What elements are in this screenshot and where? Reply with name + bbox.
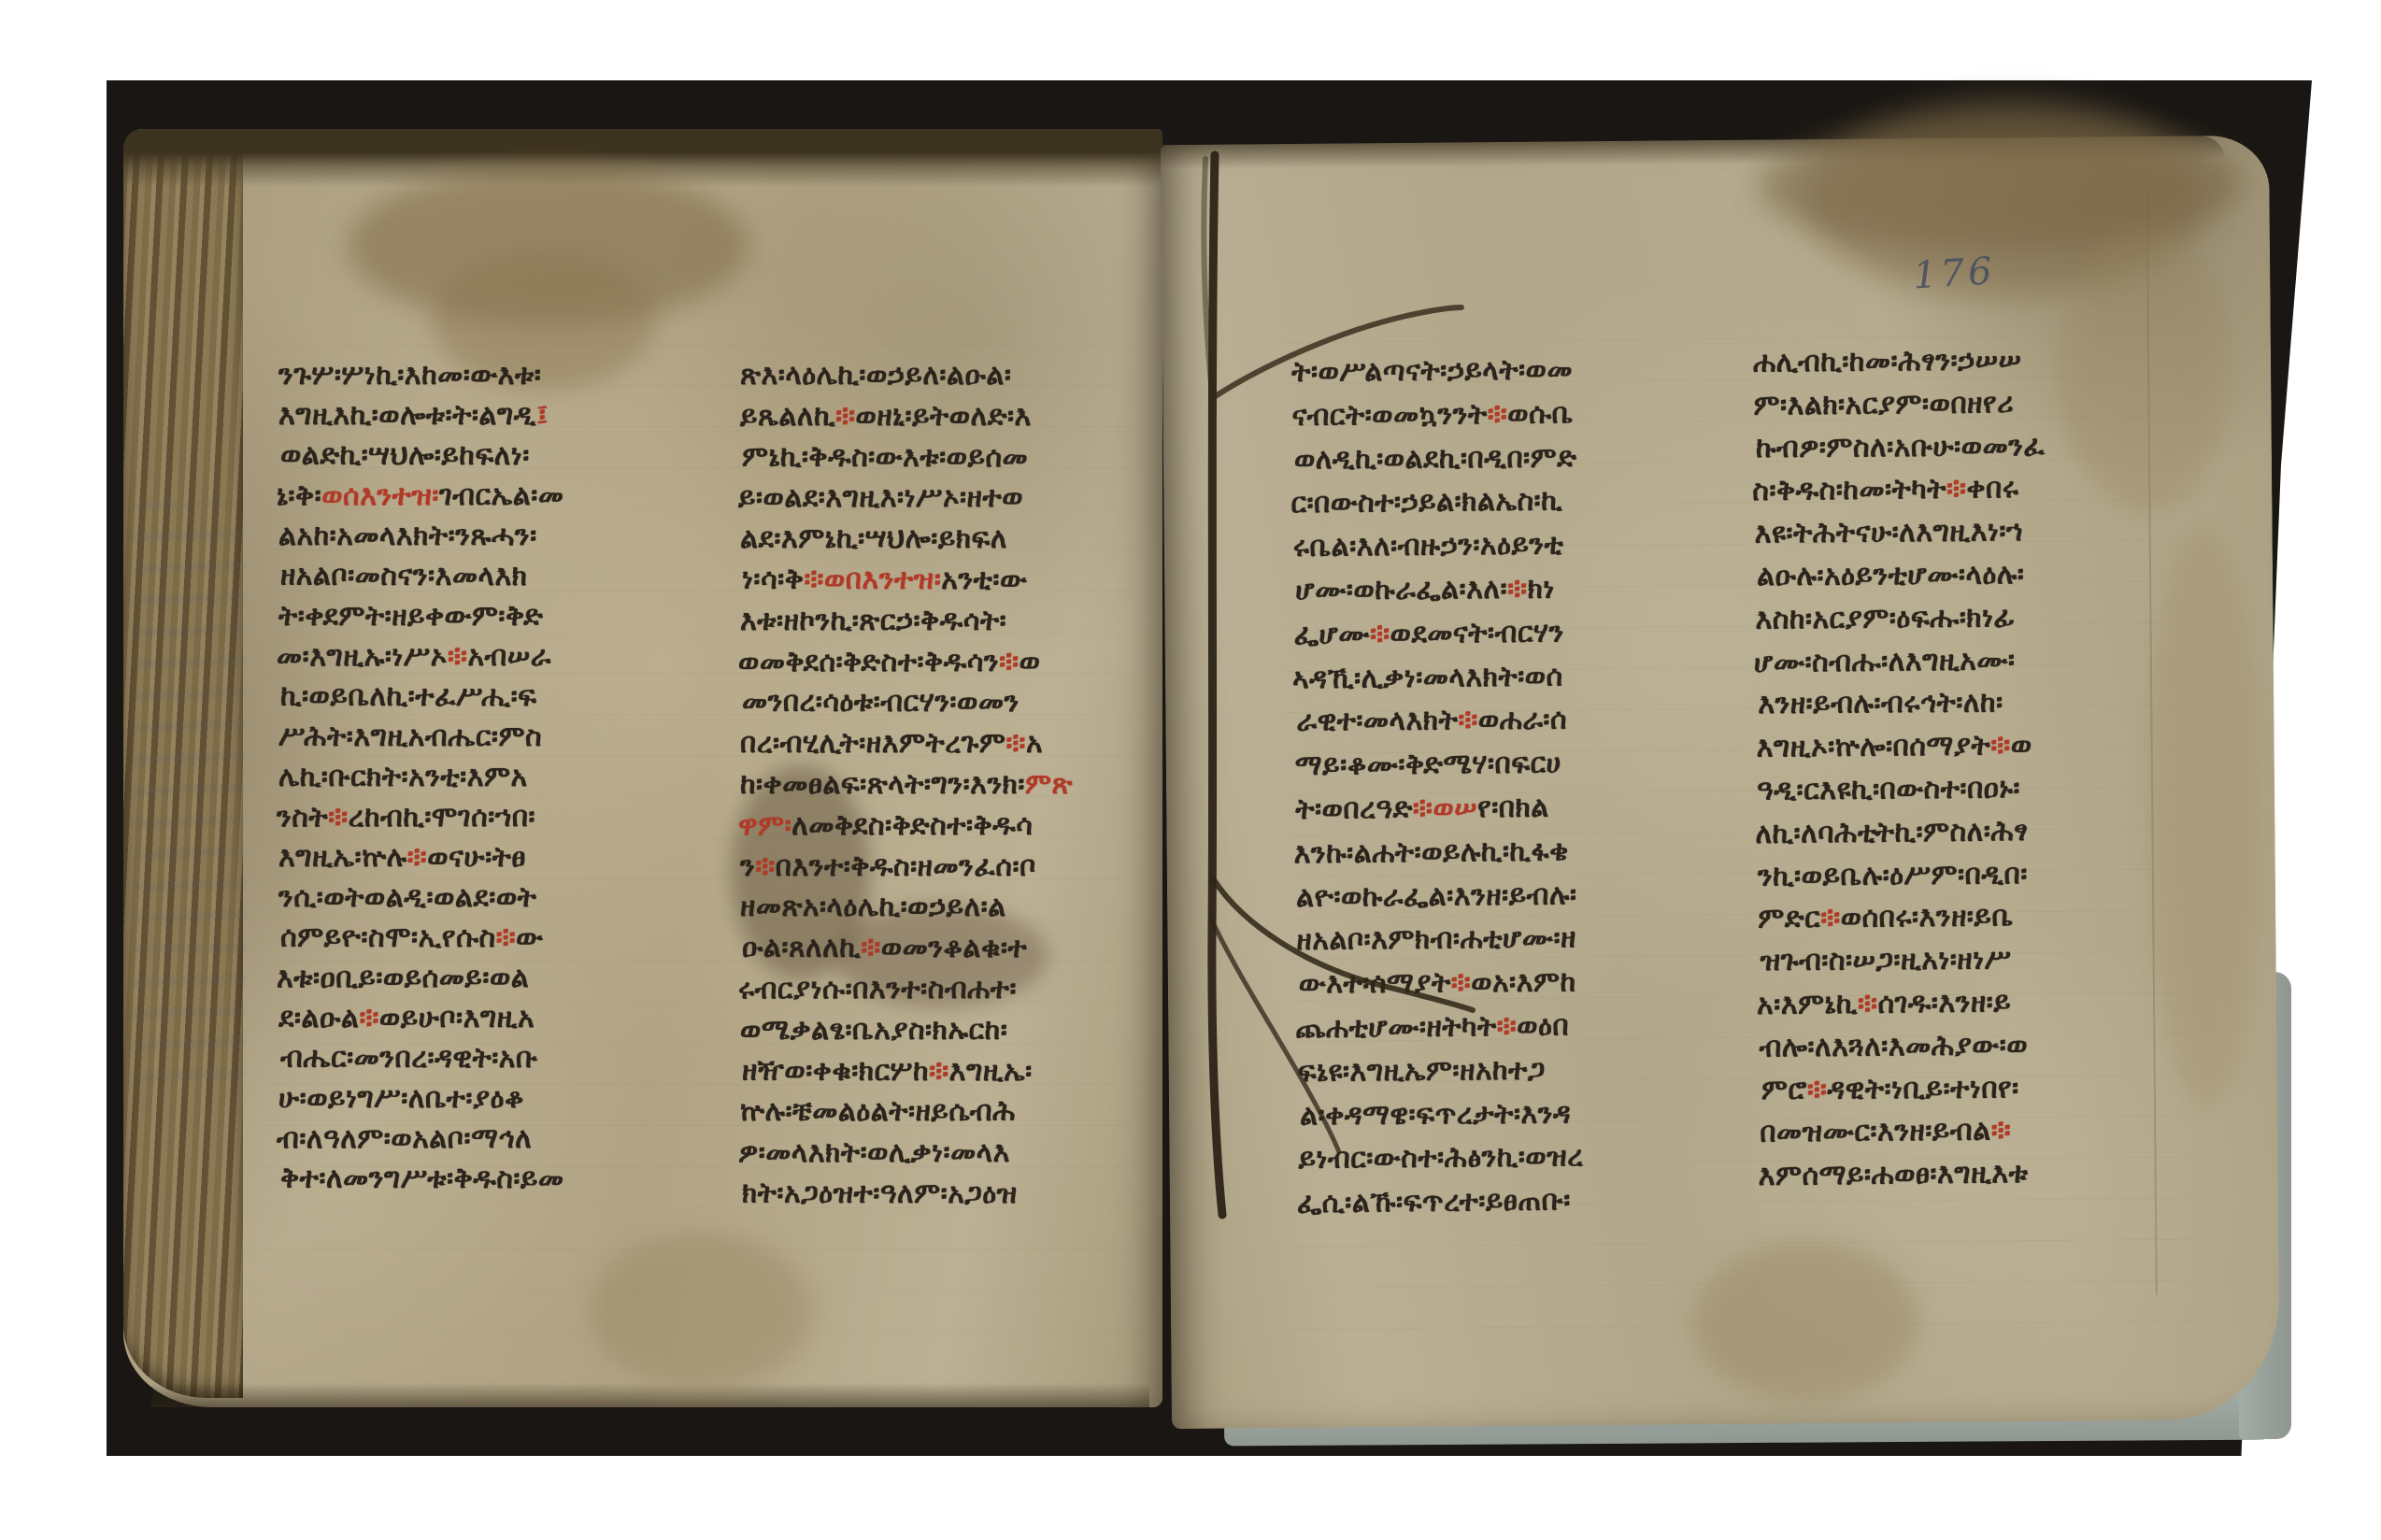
ink-text: ልዮ፡ወኩራፌል፡እንዘ፡ይብሉ፡ — [1296, 878, 1577, 914]
ink-text: ሌኪ፡ቡርክት፡አንቲ፡እምአ — [278, 761, 528, 793]
ink-text: ወዘኒ፡ይትወለድ፡እ — [856, 400, 1032, 433]
text-line: ራዊተ፡መላእክት፨ወሐራ፡ሰ — [1296, 698, 1718, 745]
text-line: ቅተ፡ለመንግሥቱ፡ቅዱስ፡ይመ — [280, 1159, 703, 1200]
ink-text: ከ፡ቀመፀልፍ፡ጽላት፡ግን፡እንክ፡ — [740, 768, 1025, 801]
rubric-text: ፨ — [1990, 729, 2011, 762]
ink-text: እግዚኤ፡ — [949, 1055, 1033, 1088]
text-line: ፍኔዩ፡እግዚኤም፡ዘአከተጋ — [1297, 1048, 1719, 1095]
text-line: ወመቅደሰ፡ቅድስተ፡ቅዱሳን፨ወ — [738, 641, 1161, 683]
ink-text: ት፡ወበረዓድ — [1295, 792, 1413, 826]
ink-text: ሐሊብኪ፡ከመ፡ሕፃን፡ኃሠሠ — [1753, 344, 2022, 379]
text-line: ሆሙ፡ወኩራፌል፡እለ፡፨ክነ — [1295, 566, 1718, 613]
rubric-text: ፨ — [1496, 1010, 1517, 1043]
ink-text: ፍኔዩ፡እግዚኤም፡ዘአከተጋ — [1298, 1053, 1546, 1088]
text-line: ን፨በእንተ፡ቅዱስ፡ዘመንፈሰ፡ቦ — [740, 847, 1162, 888]
folio-number: 176 — [1912, 250, 1997, 297]
text-line: ጽእ፡ላዕሌኪ፡ወኃይለ፡ልዑል፡ — [740, 355, 1162, 396]
ink-text: ወሜቃልፄ፡ቤአያስ፡ክኡርከ፡ — [740, 1014, 1007, 1047]
text-line: ሩቤል፡እለ፡ብዙኃን፡አዕይንቲ — [1293, 522, 1716, 570]
rubric-text: ፨ — [1507, 573, 1528, 606]
ink-text: ዘአልቦ፡እምክብ፡ሐቲሆሙ፡ዘ — [1296, 922, 1576, 958]
rubric-text: ፨ — [1487, 398, 1507, 431]
text-line: ብሔር፡መንበረ፡ዳዊት፡አቡ — [280, 1038, 703, 1079]
text-line: ሐሊብኪ፡ከመ፡ሕፃን፡ኃሠሠ — [1753, 338, 2175, 385]
ink-text: ኪ፡ወይቤለኪ፡ተፈሥሒ፡ፍ — [280, 680, 537, 714]
text-line: ዘመጽአ፡ላዕሌኪ፡ወኃይለ፡ል — [740, 887, 1162, 928]
text-line: ኵሉ፡ቼመልዕልት፡ዘይሴብሕ — [740, 1091, 1162, 1133]
text-line: ዘአልቦ፡መስናን፡እመላእክ — [280, 556, 703, 597]
ink-text: መ፡እግዚኡ፡ነሥኦ — [277, 640, 448, 673]
page-right: 176 ት፡ወሥልጣናት፡ኃይላት፡ወመናብርት፡ወመኳንንት፨ወሱቤወለዲኪ፡… — [1161, 135, 2280, 1429]
rubric-text: ፨ — [999, 645, 1019, 677]
text-line: እምሰማይ፡ሐወፀ፡እግዚእቱ — [1758, 1150, 2180, 1198]
text-line: ል፡ቀዳማዌ፡ፍጥረታት፡እንዳ — [1300, 1091, 1722, 1138]
ink-text: ስ፡ቅዱስ፡ከመ፡ትካት — [1752, 473, 1946, 507]
text-line: ይነብር፡ውስተ፡ሕፅንኪ፡ወዝረ — [1298, 1134, 1720, 1182]
ink-text: ምሮ — [1761, 1073, 1807, 1105]
rubric-text: ፨ — [1458, 705, 1478, 737]
text-line: ብ፡ለዓለም፡ወአልቦ፡ማኅለ — [277, 1119, 699, 1160]
ink-text: እንኩ፡ልሐት፡ወይሉኪ፡ኪፋቄ — [1293, 834, 1568, 870]
rubric-text: ፨ — [1451, 966, 1472, 999]
text-line: እዩ፡ትሕትናሁ፡ለእግዚእነ፡ኀ — [1754, 509, 2176, 556]
ink-text: እምሰማይ፡ሐወፀ፡እግዚእቱ — [1758, 1157, 2028, 1192]
text-line: ልዑሉ፡አዕይንቲሆሙ፡ላዕሉ፡ — [1757, 552, 2179, 598]
text-line: ዎ፡መላእክት፡ወሊቃነ፡መላእ — [738, 1133, 1161, 1175]
rubric-text: ፨ — [1807, 1073, 1828, 1105]
text-line: መ፡እግዚኡ፡ነሥኦ፨አብሠራ — [277, 636, 699, 677]
ink-text: ዓዲ፡ርእዩኪ፡በውስተ፡በዐኑ፡ — [1757, 772, 2020, 806]
text-line: እቱ፡ዐቢይ፡ወይሰመይ፡ወል — [277, 958, 699, 999]
ink-text: ንሲ፡ወትወልዲ፡ወልደ፡ወት — [278, 881, 536, 914]
text-line: ክት፡አጋዕዝተ፡ዓለም፡አጋዕዝ — [742, 1173, 1164, 1215]
rubric-text: ፨ — [407, 841, 428, 874]
ink-text: እስከ፡አርያም፡ዕፍሑ፡ክነፊ — [1755, 601, 2015, 635]
rubric-text: ፨ — [1370, 618, 1390, 650]
ink-text: ክነ — [1528, 573, 1555, 606]
rubric-text: ፨ — [328, 801, 349, 834]
rubric-text: ፨ — [755, 850, 776, 883]
rubric-text: ፨ — [929, 1054, 949, 1087]
ink-text: ናብርት፡ወመኳንንት — [1291, 398, 1487, 433]
rubric-text: ፨ — [1946, 473, 1967, 506]
ink-text: ዘዥወ፡ቀቁ፡ክርሦከ — [742, 1054, 929, 1087]
text-column-right-1: ት፡ወሥልጣናት፡ኃይላት፡ወመናብርት፡ወመኳንንት፨ወሱቤወለዲኪ፡ወልደኪ… — [1291, 348, 1721, 1226]
text-line: መንበረ፡ሳዕቱ፡ብርሃን፡ወመን — [742, 682, 1164, 724]
ink-text: ብ፡ለዓለም፡ወአልቦ፡ማኅለ — [277, 1122, 532, 1155]
ink-text: ራዊተ፡መላእክት — [1296, 705, 1458, 738]
ink-text: ወልድኪ፡ሣህሎ፡ይከፍለነ፡ — [280, 439, 530, 473]
ink-text: አብሠራ — [467, 640, 550, 673]
ink-text: ረከብኪ፡ሞገሰ፡ኀበ፡ — [349, 801, 535, 834]
ink-text: ኵሉ፡ቼመልዕልት፡ዘይሴብሕ — [740, 1095, 1016, 1128]
text-line: ብሎ፡ለእጓለ፡እመሕያው፡ወ — [1759, 1022, 2181, 1069]
rubric-text: ፤ — [536, 399, 549, 432]
text-line: ኪ፡ወይቤለኪ፡ተፈሥሒ፡ፍ — [280, 677, 703, 718]
text-line: ልደ፡እምኔኪ፡ሣህሎ፡ይክፍለ — [740, 519, 1162, 560]
text-line: ኔ፡ቅ፡ወሰእንተዝ፡ገብርኤል፡መ — [277, 476, 699, 517]
ink-text: በረ፡ብሂሊት፡ዘእምትረጉም — [740, 727, 1005, 760]
page-bottom-edge — [151, 1383, 1149, 1407]
ink-text: ዘመጽአ፡ላዕሌኪ፡ወኃይለ፡ል — [740, 891, 1006, 923]
ink-text: ማይ፡ቆሙ፡ቅድሜሃ፡በፍርሀ — [1295, 748, 1561, 782]
ink-text: ልዑሉ፡አዕይንቲሆሙ፡ላዕሉ፡ — [1757, 558, 2025, 592]
text-line: ዝጉብ፡ስ፡ሠጋ፡ዚአነ፡ዘነሥ — [1761, 937, 2183, 983]
text-line: ት፡ወሥልጣናት፡ኃይላት፡ወመ — [1291, 348, 1714, 395]
ink-text: ምድር — [1758, 902, 1820, 935]
text-line: እቱ፡ዘኮንኪ፡ጽርኃ፡ቅዱሳት፡ — [740, 601, 1162, 642]
ink-text: ዘአልቦ፡መስናን፡እመላእክ — [280, 560, 528, 593]
ink-text: ገብርኤል፡መ — [439, 479, 564, 512]
text-line: ፌሲ፡ልኹ፡ፍጥረተ፡ይፀጠቡ፡ — [1297, 1178, 1719, 1227]
rubric-text: ፨ — [359, 1002, 379, 1034]
ink-text: እግዚኦ፡ኵሎ፡በሰማያት — [1757, 730, 1991, 764]
ink-text: ወመቅደሰ፡ቅድስተ፡ቅዱሳን — [738, 645, 999, 677]
text-line: አ፡እምኔኪ፨ሰገዱ፡እንዘ፡ይ — [1757, 979, 2179, 1027]
text-line: ጨሐቲሆሙ፡ዘትካት፨ወዕበ — [1295, 1004, 1718, 1052]
ink-text: በእንተ፡ቅዱስ፡ዘመንፈሰ፡ቦ — [776, 850, 1036, 883]
text-line: ዓዲ፡ርእዩኪ፡በውስተ፡በዐኑ፡ — [1757, 766, 2179, 813]
ink-text: አንቲ፡ው — [941, 563, 1027, 596]
text-line: ዑል፡ጸለለኪ፨ወመንቆልቁ፡ተ — [742, 928, 1164, 970]
ink-text: ልደ፡እምኔኪ፡ሣህሎ፡ይክፍለ — [740, 522, 1007, 555]
ink-text: ት፡ወሥልጣናት፡ኃይላት፡ወመ — [1291, 353, 1573, 389]
ink-text: አ፡እምኔኪ — [1757, 988, 1858, 1021]
rubric-text: ምጽ — [1025, 768, 1073, 801]
text-line: ት፡ቀደምት፡ዘይቀውም፡ቅድ — [278, 596, 701, 636]
ink-text: ይጼልለኪ — [740, 400, 835, 433]
ink-text: ዑል፡ጸለለኪ — [742, 932, 861, 964]
text-line: ም፡እልክ፡አርያም፡ወበዘየሪ — [1753, 381, 2175, 428]
text-line: እግዚእኪ፡ወሎቱ፡ት፡ልግዲ፤ — [278, 395, 701, 435]
ink-text: ወሱቤ — [1507, 397, 1574, 431]
ink-text: ለመቅደስ፡ቅድስተ፡ቅዱሳ — [791, 809, 1033, 842]
ink-text: ኔ፡ቅ፡ — [277, 479, 321, 512]
ink-text: ወደመናት፡ብርሃን — [1390, 616, 1564, 650]
ink-text: ሰገዱ፡እንዘ፡ይ — [1877, 986, 2011, 1020]
ink-text: ሆሙ፡ወኩራፌል፡እለ፡ — [1295, 573, 1507, 607]
text-line: ዘአልቦ፡እምክብ፡ሐቲሆሙ፡ዘ — [1296, 916, 1718, 963]
ink-text: እግዚእኪ፡ወሎቱ፡ት፡ልግዲ — [278, 399, 536, 432]
text-column-right-2: ሐሊብኪ፡ከመ፡ሕፃን፡ኃሠሠም፡እልክ፡አርያም፡ወበዘየሪኩብዎ፡ምስለ፡አ… — [1753, 338, 2183, 1198]
text-line: ሆሙ፡ስብሑ፡ለእግዚአሙ፡ — [1754, 637, 2176, 685]
ink-text: ነ፡ሳ፡ቅ — [742, 563, 804, 596]
ink-text: ል፡ቀዳማዌ፡ፍጥረታት፡እንዳ — [1300, 1097, 1571, 1132]
ink-text: እቱ፡ዐቢይ፡ወይሰመይ፡ወል — [277, 962, 529, 994]
ink-text: ሩብርያነሱ፡በእንተ፡ስብሐተ፡ — [738, 973, 1017, 1006]
ink-text: ጨሐቲሆሙ፡ዘትካት — [1295, 1010, 1497, 1045]
ink-text: እዩ፡ትሕትናሁ፡ለእግዚእነ፡ኀ — [1755, 515, 2024, 550]
rubric-text: ፨ — [835, 400, 856, 433]
text-line: ንስት፨ረከብኪ፡ሞገሰ፡ኀበ፡ — [277, 797, 699, 838]
ink-text: ፌሲ፡ልኹ፡ፍጥረተ፡ይፀጠቡ፡ — [1297, 1184, 1571, 1219]
bleedthrough-text — [133, 503, 245, 1101]
ink-text: ኣዳኺ፡ሊቃነ፡መላእክት፡ወሰ — [1292, 660, 1563, 695]
text-line: ለኪ፡ለባሕቲትኪ፡ምስለ፡ሕፃ — [1755, 808, 2177, 856]
ink-text: እቱ፡ዘኮንኪ፡ጽርኃ፡ቅዱሳት፡ — [740, 605, 1006, 637]
ink-text: ደ፡ልዑል — [278, 1002, 359, 1034]
text-line: ወልድኪ፡ሣህሎ፡ይከፍለነ፡ — [280, 435, 703, 477]
text-line: ከ፡ቀመፀልፍ፡ጽላት፡ግን፡እንክ፡ምጽ — [740, 764, 1162, 806]
rubric-text: ፨ — [496, 921, 517, 954]
ink-text: ንኪ፡ወይቤሉ፡ዕሥም፡በዲበ፡ — [1758, 858, 2028, 893]
text-line: ልአከ፡አመላእክት፡ንጹሓን፡ — [278, 516, 701, 556]
text-line: ር፡በውስተ፡ኃይል፡ክልኤስ፡ኪ — [1290, 478, 1713, 527]
ink-text: ይ፡ወልደ፡እግዚእ፡ነሥኦ፡ዘተወ — [738, 481, 1023, 515]
text-line: ዋም፡ለመቅደስ፡ቅድስተ፡ቅዱሳ — [738, 805, 1161, 847]
ink-text: ለኪ፡ለባሕቲትኪ፡ምስለ፡ሕፃ — [1755, 815, 2028, 850]
ink-text: እንዘ፡ይብሉ፡ብሩኅት፡ለከ፡ — [1758, 687, 2003, 721]
ink-text: ወሐራ፡ሰ — [1478, 704, 1567, 737]
text-line: ሰምይዮ፡ስሞ፡ኢየሱስ፨ው — [280, 918, 703, 959]
text-line: ማይ፡ቆሙ፡ቅድሜሃ፡በፍርሀ — [1295, 741, 1718, 789]
ink-text: የ፡በክል — [1477, 791, 1549, 825]
text-line: ስ፡ቅዱስ፡ከመ፡ትካት፨ቀበሩ — [1752, 466, 2174, 514]
rubric-text: ፨ — [861, 932, 881, 964]
ink-text: ብሔር፡መንበረ፡ዳዊት፡አቡ — [280, 1042, 538, 1076]
text-line: ወለዲኪ፡ወልደኪ፡በዲበ፡ምድ — [1294, 435, 1717, 482]
ink-text: ወይሁቦ፡እግዚአ — [379, 1002, 535, 1034]
text-line: ወሜቃልፄ፡ቤአያስ፡ክኡርከ፡ — [740, 1010, 1162, 1051]
rubric-text: ፨ — [1858, 988, 1878, 1020]
rubric-text: ፨ወበእንተዝ፡ — [804, 563, 941, 596]
ink-text: ዳዊት፡ነቢይ፡ተነበየ፡ — [1827, 1072, 2019, 1105]
ink-text: ሩቤል፡እለ፡ብዙኃን፡አዕይንቲ — [1293, 529, 1564, 564]
rubric-text: ፨ — [448, 640, 468, 673]
manuscript-photo: ንጉሦ፡ሦነኪ፡እከመ፡ውእቱ፡እግዚእኪ፡ወሎቱ፡ት፡ልግዲ፤ወልድኪ፡ሣህሎ… — [0, 0, 2381, 1540]
text-line: ሩብርያነሱ፡በእንተ፡ስብሐተ፡ — [738, 969, 1161, 1011]
ink-text: ወዕበ — [1517, 1009, 1569, 1043]
ink-text: ሁ፡ወይነግሥ፡ለቤተ፡ያዕቆ — [278, 1082, 524, 1115]
text-line: እግዚኦ፡ኵሎ፡በሰማያት፨ወ — [1756, 723, 2178, 770]
page-top-edge — [123, 129, 1162, 187]
rubric-text: ፨ወሠ — [1413, 791, 1478, 825]
text-line: ንኪ፡ወይቤሉ፡ዕሥም፡በዲበ፡ — [1758, 851, 2180, 898]
text-line: ልዮ፡ወኩራፌል፡እንዘ፡ይብሉ፡ — [1296, 873, 1718, 920]
ink-text: ዝጉብ፡ስ፡ሠጋ፡ዚአነ፡ዘነሥ — [1761, 944, 2012, 978]
rubric-text: ዋም፡ — [738, 809, 791, 842]
ink-text: በመዝሙር፡እንዘ፡ይብል — [1760, 1115, 1991, 1149]
ink-text: ወ — [1019, 645, 1041, 677]
text-line: ናብርት፡ወመኳንንት፨ወሱቤ — [1291, 392, 1714, 439]
ink-text: ን — [740, 850, 755, 883]
ink-text: ዎ፡መላእክት፡ወሊቃነ፡መላእ — [738, 1136, 1010, 1170]
ink-text: ይነብር፡ውስተ፡ሕፅንኪ፡ወዝረ — [1298, 1141, 1583, 1176]
stain — [591, 1232, 815, 1390]
text-line: እንዘ፡ይብሉ፡ብሩኅት፡ለከ፡ — [1758, 681, 2180, 727]
text-line: እንኩ፡ልሐት፡ወይሉኪ፡ኪፋቄ — [1293, 828, 1716, 877]
ink-text: ወናሁ፡ትፀ — [427, 841, 526, 874]
text-line: ምድር፨ወሰበሩ፡እንዘ፡ይቤ — [1758, 894, 2180, 941]
text-line: በረ፡ብሂሊት፡ዘእምትረጉም፨አ — [740, 723, 1162, 764]
ink-text: እግዚኤ፡ኵሉ — [278, 841, 407, 874]
text-line: ንሲ፡ወትወልዲ፡ወልደ፡ወት — [278, 877, 701, 918]
ink-text: ምኔኪ፡ቅዱስ፡ውእቱ፡ወይሰመ — [742, 440, 1028, 474]
ink-text: ሥሕት፡እግዚአብሔር፡ምስ — [278, 720, 542, 753]
rubric-text: ወሰእንተዝ፡ — [321, 479, 439, 512]
ink-text: ሰምይዮ፡ስሞ፡ኢየሱስ — [280, 921, 496, 954]
ink-text: ቅተ፡ለመንግሥቱ፡ቅዱስ፡ይመ — [280, 1162, 564, 1196]
ink-text: ቀበሩ — [1966, 472, 2018, 506]
ink-text: ውእተ፡ሰማያት — [1299, 967, 1451, 1001]
ink-text: ሆሙ፡ስብሑ፡ለእግዚአሙ፡ — [1754, 644, 2016, 679]
ink-text: ት፡ቀደምት፡ዘይቀውም፡ቅድ — [278, 600, 543, 633]
text-line: ሥሕት፡እግዚአብሔር፡ምስ — [278, 717, 701, 757]
ink-text: መንበረ፡ሳዕቱ፡ብርሃን፡ወመን — [742, 686, 1019, 720]
text-line: ሁ፡ወይነግሥ፡ለቤተ፡ያዕቆ — [278, 1078, 701, 1119]
ink-text: ልአከ፡አመላእክት፡ንጹሓን፡ — [278, 520, 537, 552]
ink-text: ፌሆሙ — [1293, 618, 1370, 651]
text-line: እስከ፡አርያም፡ዕፍሑ፡ክነፊ — [1755, 595, 2177, 642]
page-left: ንጉሦ፡ሦነኪ፡እከመ፡ውእቱ፡እግዚእኪ፡ወሎቱ፡ት፡ልግዲ፤ወልድኪ፡ሣህሎ… — [123, 129, 1162, 1407]
text-line: ሌኪ፡ቡርክት፡አንቲ፡እምአ — [278, 757, 701, 797]
ink-text: አ — [1026, 727, 1043, 760]
ink-text: ንጉሦ፡ሦነኪ፡እከመ፡ውእቱ፡ — [278, 359, 541, 392]
ink-text: ው — [516, 921, 543, 954]
text-line: ደ፡ልዑል፨ወይሁቦ፡እግዚአ — [278, 998, 701, 1038]
text-line: ት፡ወበረዓድ፨ወሠየ፡በክል — [1295, 785, 1718, 833]
ink-text: ር፡በውስተ፡ኃይል፡ክልኤስ፡ኪ — [1290, 485, 1562, 520]
ink-text: ወሰበሩ፡እንዘ፡ይቤ — [1841, 901, 2014, 935]
stain — [1693, 1241, 1918, 1402]
text-line: ፌሆሙ፨ወደመናት፡ብርሃን — [1293, 610, 1716, 658]
text-line: ይ፡ወልደ፡እግዚእ፡ነሥኦ፡ዘተወ — [738, 478, 1161, 520]
text-line: ንጉሦ፡ሦነኪ፡እከመ፡ውእቱ፡ — [278, 355, 701, 395]
text-column-left-2: ጽእ፡ላዕሌኪ፡ወኃይለ፡ልዑል፡ይጼልለኪ፨ወዘኒ፡ይትወለድ፡እምኔኪ፡ቅዱ… — [740, 355, 1162, 1215]
ink-text: ወመንቆልቁ፡ተ — [881, 932, 1027, 964]
ink-text: ንስት — [277, 801, 328, 834]
ink-text: ኩብዎ፡ምስለ፡አቡሁ፡ወመንፈ — [1756, 430, 2046, 464]
text-line: በመዝሙር፡እንዘ፡ይብል፨ — [1760, 1108, 2182, 1155]
ink-text: ወአ፡እምከ — [1471, 966, 1576, 1000]
ink-text: ክት፡አጋዕዝተ፡ዓለም፡አጋዕዝ — [742, 1176, 1018, 1210]
text-column-left-1: ንጉሦ፡ሦነኪ፡እከመ፡ውእቱ፡እግዚእኪ፡ወሎቱ፡ት፡ልግዲ፤ወልድኪ፡ሣህሎ… — [278, 355, 701, 1199]
text-line: ምሮ፨ዳዊት፡ነቢይ፡ተነበየ፡ — [1761, 1066, 2184, 1112]
rubric-text: ፨ — [1820, 902, 1841, 934]
text-line: እግዚኤ፡ኵሉ፨ወናሁ፡ትፀ — [278, 837, 701, 877]
text-line: ነ፡ሳ፡ቅ፨ወበእንተዝ፡አንቲ፡ው — [742, 560, 1164, 602]
ink-text: ወ — [2011, 729, 2032, 762]
stain — [348, 166, 749, 325]
ink-text: ም፡እልክ፡አርያም፡ወበዘየሪ — [1753, 387, 2014, 421]
text-line: ምኔኪ፡ቅዱስ፡ውእቱ፡ወይሰመ — [742, 436, 1164, 478]
rubric-text: ፨ — [1990, 1115, 2011, 1148]
ink-text: ብሎ፡ለእጓለ፡እመሕያው፡ወ — [1759, 1029, 2028, 1064]
text-line: ይጼልለኪ፨ወዘኒ፡ይትወለድ፡እ — [740, 396, 1162, 437]
ink-text: ወለዲኪ፡ወልደኪ፡በዲበ፡ምድ — [1294, 441, 1577, 476]
text-line: ዘዥወ፡ቀቁ፡ክርሦከ፨እግዚኤ፡ — [742, 1050, 1164, 1092]
ink-text: ጽእ፡ላዕሌኪ፡ወኃይለ፡ልዑል፡ — [740, 359, 1012, 392]
text-line: ኣዳኺ፡ሊቃነ፡መላእክት፡ወሰ — [1292, 653, 1715, 702]
text-line: ኩብዎ፡ምስለ፡አቡሁ፡ወመንፈ — [1756, 424, 2178, 470]
text-line: ውእተ፡ሰማያት፨ወአ፡እምከ — [1299, 961, 1721, 1007]
rubric-text: ፨ — [1005, 727, 1026, 760]
